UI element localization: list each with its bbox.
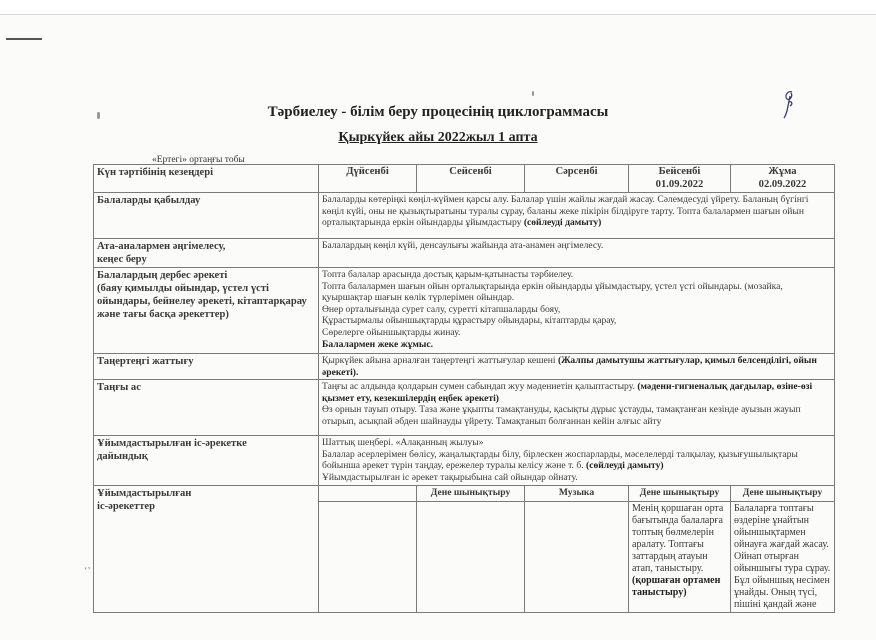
row-content-breakfast: Таңғы ас алдында қолдарын сумен сабындап… bbox=[319, 380, 835, 436]
content-text: Таңғы ас алдында қолдарын сумен сабындап… bbox=[322, 381, 637, 392]
row-label-activities: Ұйымдастырылғаніс-әрекеттер bbox=[94, 485, 319, 612]
activity-friday: Балаларға топтағы өздеріне ұнайтын ойынш… bbox=[731, 501, 835, 612]
subject-thursday: Дене шынықтыру bbox=[629, 485, 731, 501]
content-text: Қыркүйек айына арналған таңертеңгі жатты… bbox=[322, 355, 558, 366]
table-row: Таңертеңгі жаттығу Қыркүйек айына арналғ… bbox=[94, 354, 835, 380]
scan-speck bbox=[532, 91, 534, 96]
table-row: Таңғы ас Таңғы ас алдында қолдарын сумен… bbox=[94, 380, 835, 436]
day-date: 02.09.2022 bbox=[734, 179, 831, 192]
row-label-independent: Балалардың дербес әрекеті(баяу қимылды о… bbox=[94, 268, 319, 354]
day-name: Бейсенбі bbox=[632, 166, 727, 179]
label-line: Ата-аналармен әңгімелесу, bbox=[97, 240, 315, 253]
activity-monday bbox=[319, 501, 417, 612]
activities-subject-row: Ұйымдастырылғаніс-әрекеттер Дене шынықты… bbox=[94, 485, 835, 501]
row-content-independent: Топта балалар арасында достық қарым-қаты… bbox=[319, 268, 835, 354]
content-line: Шаттық шеңбері. «Алақанның жылуы» bbox=[322, 437, 831, 449]
content-line: Өнер орталығында сурет салу, суретті кіт… bbox=[322, 304, 831, 316]
header-day-friday: Жұма02.09.2022 bbox=[731, 165, 835, 193]
row-content-parents: Балалардың көңіл күйі, денсаулығы жайынд… bbox=[319, 239, 835, 268]
content-bold: (сөйлеуді дамыту) bbox=[586, 460, 664, 471]
row-label-breakfast: Таңғы ас bbox=[94, 380, 319, 436]
activity-wednesday bbox=[525, 501, 629, 612]
label-line: Ұйымдастырылған bbox=[97, 487, 315, 500]
row-content-preparation: Шаттық шеңбері. «Алақанның жылуы» Балала… bbox=[319, 436, 835, 485]
subject-tuesday: Дене шынықтыру bbox=[417, 485, 525, 501]
label-line: (баяу қимылды ойындар, үстел үсті ойында… bbox=[97, 282, 315, 321]
table-row: Ұйымдастырылған іс-әрекеткедайындық Шатт… bbox=[94, 436, 835, 485]
content-text: Балаларға топтағы өздеріне ұнайтын ойынш… bbox=[734, 503, 830, 610]
table-row: Балалардың дербес әрекеті(баяу қимылды о… bbox=[94, 268, 835, 354]
row-label-parents: Ата-аналармен әңгімелесу,кеңес беру bbox=[94, 239, 319, 268]
content-text: Балалар әсерлерімен бөлісу, жаңалықтарды… bbox=[322, 449, 798, 472]
content-text: Менің қоршаған орта бағытында балаларға … bbox=[632, 503, 723, 574]
day-name: Сәрсенбі bbox=[528, 166, 625, 179]
margin-mark: ‘’ bbox=[84, 566, 91, 577]
content-line: Топта балалар арасында достық қарым-қаты… bbox=[322, 269, 831, 281]
document-title: Тәрбиелеу - білім беру процесінің циклог… bbox=[0, 104, 876, 121]
subject-wednesday: Музыка bbox=[525, 485, 629, 501]
row-label-reception: Балаларды қабылдау bbox=[94, 193, 319, 239]
row-label-morning-exercise: Таңертеңгі жаттығу bbox=[94, 354, 319, 380]
content-text: Өз орнын тауып отыру. Таза және ұқыпты т… bbox=[322, 404, 831, 427]
header-stage: Күн тәртібінің кезеңдері bbox=[94, 165, 319, 193]
day-date: 01.09.2022 bbox=[632, 179, 727, 192]
subject-monday bbox=[319, 485, 417, 501]
scan-edge bbox=[0, 0, 876, 15]
label-line: іс-әрекеттер bbox=[97, 500, 315, 513]
content-line: Құрастырмалы ойыншықтарды құрастыру ойын… bbox=[322, 315, 831, 327]
table-row: Балаларды қабылдау Балаларды көтеріңкі к… bbox=[94, 193, 835, 239]
content-line: Сөрелерге ойыншықтарды жинау. bbox=[322, 327, 831, 339]
day-name: Жұма bbox=[734, 166, 831, 179]
table-row: Ата-аналармен әңгімелесу,кеңес беру Бала… bbox=[94, 239, 835, 268]
document-subtitle: Қыркүйек айы 2022жыл 1 апта bbox=[0, 130, 876, 146]
activity-thursday: Менің қоршаған орта бағытында балаларға … bbox=[629, 501, 731, 612]
content-bold-line: Балалармен жеке жұмыс. bbox=[322, 339, 831, 351]
content-line: Ұйымдастырылған іс әрекет тақырыбына сай… bbox=[322, 472, 831, 484]
header-day-tuesday: Сейсенбі bbox=[417, 165, 525, 193]
label-line: дайындық bbox=[97, 450, 315, 463]
header-day-wednesday: Сәрсенбі bbox=[525, 165, 629, 193]
subject-friday: Дене шынықтыру bbox=[731, 485, 835, 501]
label-line: Ұйымдастырылған іс-әрекетке bbox=[97, 437, 315, 450]
label-line: Балалардың дербес әрекеті bbox=[97, 269, 315, 282]
cyclogram-table: Күн тәртібінің кезеңдері Дүйсенбі Сейсен… bbox=[93, 164, 835, 613]
header-day-monday: Дүйсенбі bbox=[319, 165, 417, 193]
row-content-reception: Балаларды көтеріңкі көңіл-күймен қарсы а… bbox=[319, 193, 835, 239]
label-line: кеңес беру bbox=[97, 253, 315, 266]
margin-dash bbox=[6, 38, 42, 40]
row-content-morning-exercise: Қыркүйек айына арналған таңертеңгі жатты… bbox=[319, 354, 835, 380]
content-line: Топта балалармен шағын ойын орталықтарын… bbox=[322, 281, 831, 304]
content-bold: (қоршаған ортамен таныстыру) bbox=[632, 575, 727, 599]
row-label-preparation: Ұйымдастырылған іс-әрекеткедайындық bbox=[94, 436, 319, 485]
activity-tuesday bbox=[417, 501, 525, 612]
day-name: Дүйсенбі bbox=[322, 166, 413, 179]
table-header-row: Күн тәртібінің кезеңдері Дүйсенбі Сейсен… bbox=[94, 165, 835, 193]
content-bold: (сөйлеуді дамыту) bbox=[524, 217, 602, 228]
header-day-thursday: Бейсенбі01.09.2022 bbox=[629, 165, 731, 193]
day-name: Сейсенбі bbox=[420, 166, 521, 179]
